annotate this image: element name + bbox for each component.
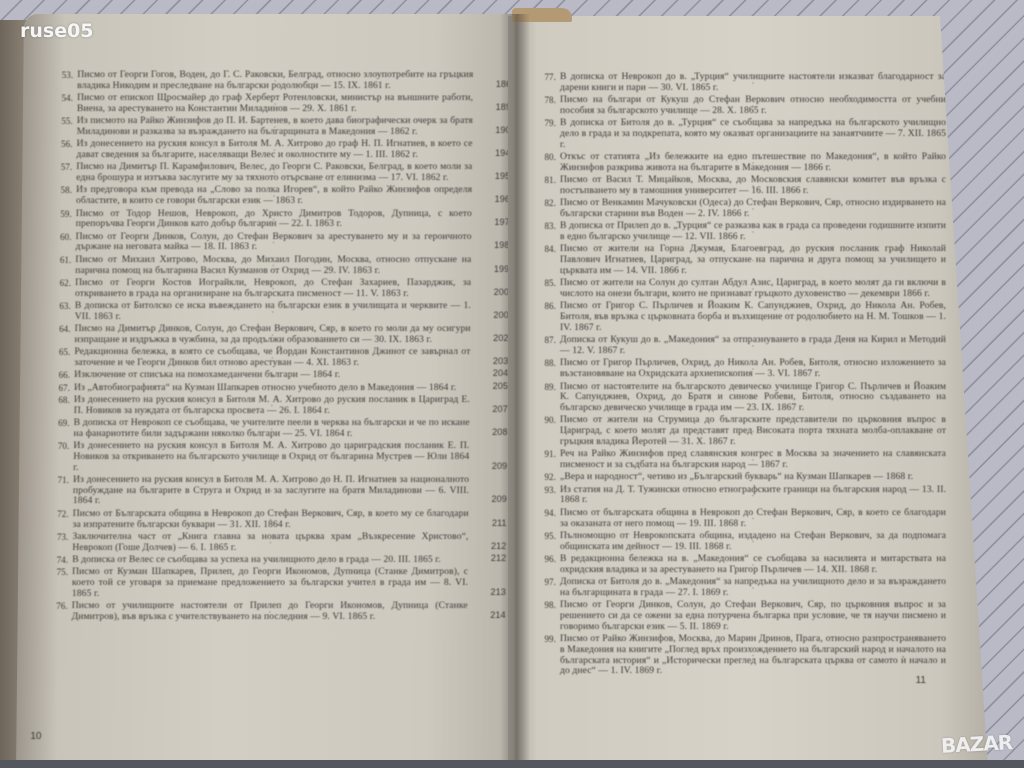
toc-entry: 71. Из донесението на руския консул в Би… bbox=[49, 475, 469, 507]
toc-entry: 69. В дописка от Неврокоп се съобщава, ч… bbox=[49, 418, 469, 440]
entry-number: 76. bbox=[48, 601, 72, 623]
toc-entry: 81. Писмо от Васил Т. Мицайков, Москва, … bbox=[536, 175, 946, 197]
entry-title: Из донесението на руския консул в Битоля… bbox=[76, 139, 472, 161]
toc-entry: 72. Писмо от Българската община в Неврок… bbox=[49, 509, 469, 531]
entry-title: Писмо на българи от Кукуш до Стефан Верк… bbox=[560, 95, 946, 117]
toc-entry: 99. Писмо от Райко Жинзифов, Москва, до … bbox=[536, 634, 946, 677]
entry-title: Писмо от жители на Струмица до български… bbox=[560, 415, 946, 447]
toc-entry: 74. В дописка от Велес се съобщава за ус… bbox=[48, 555, 468, 566]
toc-entry: 77. В дописка от Неврокоп до в. „Турция“… bbox=[536, 72, 946, 94]
entry-title: Писмо от Георги Динков, Солун, до Стефан… bbox=[75, 232, 471, 254]
entry-title: Писмо от Васил Т. Мицайков, Москва, до М… bbox=[560, 175, 946, 197]
toc-entry: 58. Из предговора към превода на „Слово … bbox=[52, 185, 472, 207]
entry-number: 61. bbox=[51, 255, 75, 277]
toc-entry: 57. Писмо на Димитър П. Карамфилович, Ве… bbox=[52, 162, 472, 184]
entry-title: Из предговора към превода на „Слово за п… bbox=[76, 185, 472, 207]
toc-entry: 95. Пълномощно от Неврокопската община, … bbox=[536, 531, 946, 553]
entry-title: Писмо от Михаил Хитрово, Москва, до Миха… bbox=[75, 255, 471, 277]
toc-entry: 55. Из писмото на Райко Жинзифов до П. И… bbox=[53, 116, 473, 138]
entry-number: 70. bbox=[49, 441, 73, 473]
toc-entry: 88. Писмо от Григор Пърличев, Охрид, до … bbox=[536, 358, 946, 380]
toc-entry: 87. Дописка от Кукуш до в. „Македония“ з… bbox=[536, 335, 946, 357]
toc-entry: 56. Из донесението на руския консул в Би… bbox=[52, 139, 472, 161]
toc-entry: 79. В дописка от Битоля до в. „Турция“ с… bbox=[536, 118, 946, 150]
entry-title: Из писмото на Райко Жинзифов до П. И. Ба… bbox=[77, 116, 473, 138]
table-of-contents-left: 53. Писмо от Георги Гогов, Воден, до Г. … bbox=[48, 70, 474, 624]
entry-number: 87. bbox=[536, 335, 560, 357]
seller-watermark: ruse05 bbox=[20, 20, 94, 42]
entry-number: 85. bbox=[536, 278, 560, 300]
entry-number: 69. bbox=[49, 418, 73, 440]
entry-number: 64. bbox=[50, 324, 74, 346]
entry-number: 72. bbox=[49, 509, 73, 531]
entry-title: Реч на Райко Жинзифов пред славянския ко… bbox=[560, 449, 946, 471]
entry-number: 91. bbox=[536, 449, 560, 471]
toc-entry: 91. Реч на Райко Жинзифов пред славянски… bbox=[536, 449, 946, 471]
entry-title: Писмо от епископ Щросмайер до граф Хербе… bbox=[77, 93, 473, 115]
table-surface bbox=[0, 760, 1024, 768]
entry-title: Редакционна бележка, в която се съобщава… bbox=[74, 347, 470, 369]
entry-number: 75. bbox=[48, 567, 72, 599]
entry-number: 79. bbox=[536, 118, 560, 150]
toc-entry: 54. Писмо от епископ Щросмайер до граф Х… bbox=[53, 93, 473, 115]
toc-entry: 60. Писмо от Георги Динков, Солун, до Ст… bbox=[51, 232, 471, 254]
entry-title: Дописка от Кукуш до в. „Македония“ за от… bbox=[560, 335, 946, 357]
entry-number: 98. bbox=[536, 600, 560, 632]
toc-entry: 62. Писмо от Георги Костов Иограйкли, Не… bbox=[51, 278, 471, 300]
toc-entry: 75. Писмо от Кузман Шапкарев, Прилеп, до… bbox=[48, 567, 468, 599]
toc-entry: 97. Дописка от Битоля до в. „Македония“ … bbox=[536, 577, 946, 599]
entry-title: Писмо от Георги Костов Иограйкли, Неврок… bbox=[75, 278, 471, 300]
toc-entry: 85. Писмо от жители на Солун до султан А… bbox=[536, 278, 946, 300]
book-spine bbox=[500, 14, 530, 768]
entry-number: 89. bbox=[536, 382, 560, 414]
entry-title: Писмо от Григор Пърличев, Охрид, до Нико… bbox=[560, 358, 946, 380]
entry-number: 71. bbox=[49, 475, 73, 507]
entry-title: В дописка от Неврокоп до в. „Турция“ учи… bbox=[560, 72, 946, 94]
entry-title: Из донесението на руския консул в Битоля… bbox=[73, 441, 469, 473]
entry-title: Писмо от жители на Солун до султан Абдул… bbox=[560, 278, 946, 300]
entry-title: Писмо на Димитър П. Карамфилович, Велес,… bbox=[76, 162, 472, 184]
entry-number: 62. bbox=[51, 278, 75, 300]
entry-title: В дописка от Битоля до в. „Турция“ се съ… bbox=[560, 118, 946, 150]
entry-title: Писмо от Тодор Нешов, Неврокоп, до Христ… bbox=[76, 209, 472, 231]
entry-title: Писмо от Венкамин Мачуковски (Одеса) до … bbox=[560, 198, 946, 220]
entry-title: Писмо от Георги Гогов, Воден, до Г. С. Р… bbox=[77, 70, 473, 92]
entry-title: Писмо от училищните настоятели от Прилеп… bbox=[72, 601, 468, 623]
entry-number: 73. bbox=[48, 532, 72, 554]
entry-number: 84. bbox=[536, 244, 560, 276]
entry-number: 88. bbox=[536, 358, 560, 380]
entry-number: 90. bbox=[536, 415, 560, 447]
entry-title: Пълномощно от Неврокопската община, изда… bbox=[560, 531, 946, 553]
entry-title: В дописка от Неврокоп се съобщава, че уч… bbox=[73, 418, 469, 440]
entry-title: Писмо от Георги Динков, Солун, до Стефан… bbox=[560, 600, 946, 632]
entry-title: Писмо от жители на Горна Джумая, Благоев… bbox=[560, 244, 946, 276]
toc-entry: 66. Изключение от списъка на помохамедан… bbox=[50, 370, 470, 381]
toc-entry: 86. Писмо от Григор С. Пърличев и Йоаким… bbox=[536, 301, 946, 333]
entry-number: 56. bbox=[52, 139, 76, 161]
entry-number: 67. bbox=[50, 383, 74, 394]
entry-number: 66. bbox=[50, 370, 74, 381]
toc-entry: 84. Писмо от жители на Горна Джумая, Бла… bbox=[536, 244, 946, 276]
toc-entry: 83. В дописка от Прилеп до в. „Турция“ с… bbox=[536, 221, 946, 243]
entry-number: 86. bbox=[536, 301, 560, 333]
entry-number: 83. bbox=[536, 221, 560, 243]
entry-number: 92. bbox=[536, 472, 560, 483]
toc-entry: 96. В редакционна бележка на в. „Македон… bbox=[536, 554, 946, 576]
entry-title: Писмо на Димитър Динков, Солун, до Стефа… bbox=[74, 324, 470, 346]
entry-number: 60. bbox=[51, 232, 75, 254]
entry-number: 54. bbox=[53, 93, 77, 115]
toc-entry: 94. Писмо от българската община в Неврок… bbox=[536, 508, 946, 530]
entry-number: 95. bbox=[536, 531, 560, 553]
toc-entry: 73. Заключителна част от „Книга главна з… bbox=[48, 532, 468, 554]
toc-entry: 63. В дописка от Битолско се иска въвежд… bbox=[51, 301, 471, 323]
page-number-right: 11 bbox=[916, 675, 926, 686]
entry-number: 94. bbox=[536, 508, 560, 530]
table-of-contents-right: 77. В дописка от Неврокоп до в. „Турция“… bbox=[536, 72, 946, 679]
toc-entry: 78. Писмо на българи от Кукуш до Стефан … bbox=[536, 95, 946, 117]
entry-title: В дописка от Велес се съобщава за успеха… bbox=[72, 555, 468, 566]
entry-number: 74. bbox=[48, 555, 72, 566]
left-page: 53. Писмо от Георги Гогов, Воден, до Г. … bbox=[16, 14, 536, 768]
entry-title: В дописка от Битолско се иска въвежданет… bbox=[75, 301, 471, 323]
entry-title: Из „Автобиографията“ на Кузман Шапкарев … bbox=[74, 383, 470, 394]
toc-entry: 82. Писмо от Венкамин Мачуковски (Одеса)… bbox=[536, 198, 946, 220]
entry-number: 57. bbox=[52, 162, 76, 184]
entry-number: 68. bbox=[50, 395, 74, 417]
entry-title: Писмо от Кузман Шапкарев, Прилеп, до Гео… bbox=[72, 567, 468, 599]
toc-entry: 53. Писмо от Георги Гогов, Воден, до Г. … bbox=[53, 70, 473, 92]
entry-title: Дописка от Битоля до в. „Македония“ за н… bbox=[560, 577, 946, 599]
entry-title: „Вера и народност“, четиво из „Български… bbox=[560, 472, 946, 483]
entry-title: Изключение от списъка на помохамеданчени… bbox=[74, 370, 470, 381]
entry-number: 97. bbox=[536, 577, 560, 599]
entry-number: 65. bbox=[50, 347, 74, 369]
entry-number: 96. bbox=[536, 554, 560, 576]
toc-entry: 76. Писмо от училищните настоятели от Пр… bbox=[48, 601, 468, 623]
entry-title: Из статия на Д. Т. Тужински относно етно… bbox=[560, 485, 946, 507]
right-page: 77. В дописка от Неврокоп до в. „Турция“… bbox=[508, 16, 988, 768]
entry-number: 55. bbox=[53, 116, 77, 138]
toc-entry: 93. Из статия на Д. Т. Тужински относно … bbox=[536, 485, 946, 507]
entry-title: Писмо от Григор С. Пърличев и Йоаким К. … bbox=[560, 301, 946, 333]
entry-number: 80. bbox=[536, 152, 560, 174]
page-number-left: 10 bbox=[30, 731, 41, 742]
toc-entry: 70. Из донесението на руския консул в Би… bbox=[49, 441, 469, 473]
entry-title: Писмо от Българската община в Неврокоп д… bbox=[73, 509, 469, 531]
entry-number: 63. bbox=[51, 301, 75, 323]
entry-number: 59. bbox=[52, 209, 76, 231]
entry-number: 78. bbox=[536, 95, 560, 117]
entry-title: Откъс от статията „Из бележките на едно … bbox=[560, 152, 946, 174]
site-logo-watermark: BAZAR bbox=[940, 730, 1012, 758]
toc-entry: 67. Из „Автобиографията“ на Кузман Шапка… bbox=[50, 383, 470, 394]
toc-entry: 80. Откъс от статията „Из бележките на е… bbox=[536, 152, 946, 174]
entry-title: В дописка от Прилеп до в. „Турция“ се ра… bbox=[560, 221, 946, 243]
entry-number: 77. bbox=[536, 72, 560, 94]
toc-entry: 59. Писмо от Тодор Нешов, Неврокоп, до Х… bbox=[52, 209, 472, 231]
toc-entry: 89. Писмо от настоятелите на българското… bbox=[536, 382, 946, 414]
toc-entry: 92. „Вера и народност“, четиво из „Бълга… bbox=[536, 472, 946, 483]
entry-title: Писмо от настоятелите на българското дев… bbox=[560, 382, 946, 414]
toc-entry: 65. Редакционна бележка, в която се съоб… bbox=[50, 347, 470, 369]
entry-title: Писмо от българската община в Неврокоп д… bbox=[560, 508, 946, 530]
entry-number: 82. bbox=[536, 198, 560, 220]
entry-number: 53. bbox=[53, 70, 77, 92]
entry-number: 81. bbox=[536, 175, 560, 197]
entry-title: Из донесението на руския консул в Битоля… bbox=[74, 395, 470, 417]
entry-number: 93. bbox=[536, 485, 560, 507]
entry-number: 58. bbox=[52, 185, 76, 207]
toc-entry: 61. Писмо от Михаил Хитрово, Москва, до … bbox=[51, 255, 471, 277]
toc-entry: 98. Писмо от Георги Динков, Солун, до Ст… bbox=[536, 600, 946, 632]
entry-title: Писмо от Райко Жинзифов, Москва, до Мари… bbox=[560, 634, 946, 677]
entry-title: В редакционна бележка на в. „Македония“ … bbox=[560, 554, 946, 576]
entry-number: 99. bbox=[536, 634, 560, 677]
toc-entry: 90. Писмо от жители на Струмица до бълга… bbox=[536, 415, 946, 447]
entry-title: Заключителна част от „Книга главна за но… bbox=[72, 532, 468, 554]
toc-entry: 68. Из донесението на руския консул в Би… bbox=[50, 395, 470, 417]
toc-entry: 64. Писмо на Димитър Динков, Солун, до С… bbox=[50, 324, 470, 346]
entry-title: Из донесението на руския консул в Битоля… bbox=[73, 475, 469, 507]
